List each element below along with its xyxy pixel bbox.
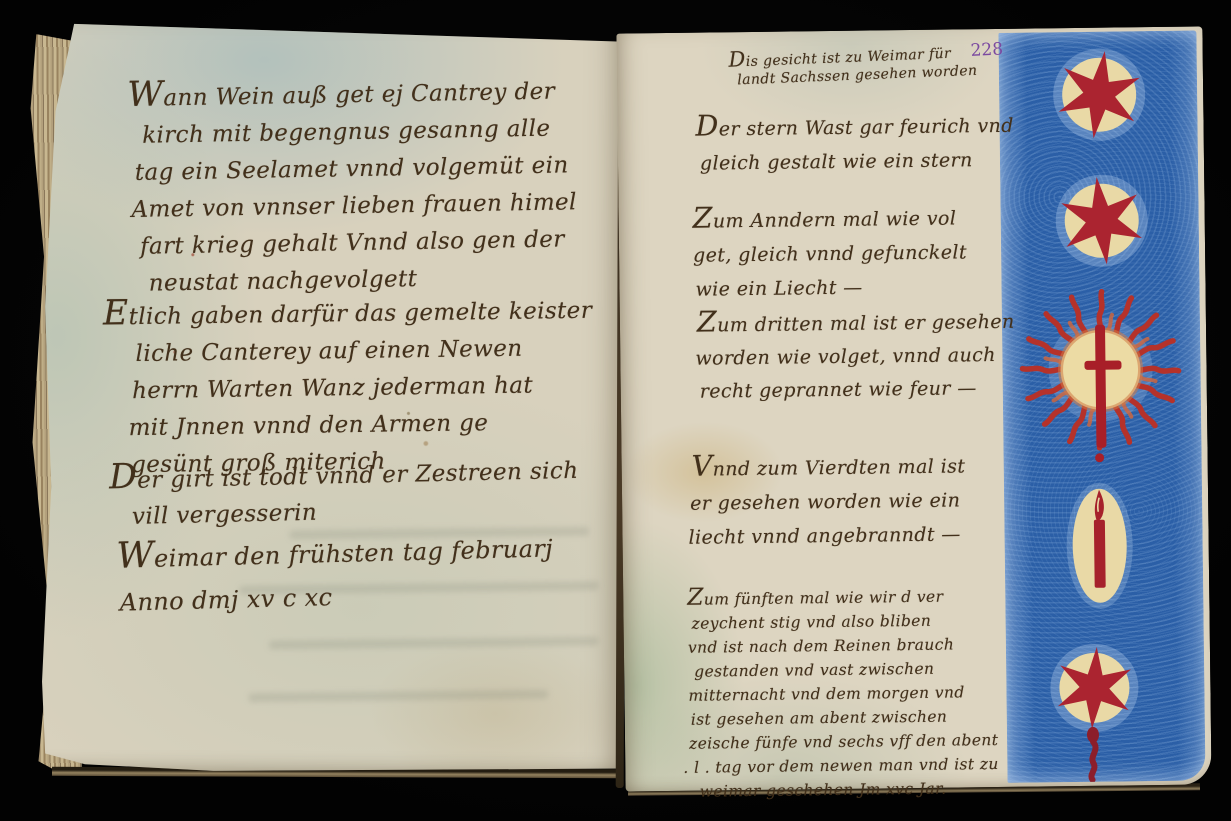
manuscript-line: wie ein Liecht — <box>695 269 967 306</box>
page-heading: Dis gesicht ist zu Weimar für landt Sach… <box>728 41 978 90</box>
show-through-text <box>269 637 599 650</box>
left-paragraph-4: Weimar den frühsten tag februarj Anno dm… <box>116 523 555 624</box>
right-paragraph-1: Der stern Wast gar feurich vnd gleich ge… <box>695 106 1014 181</box>
manuscript-line: Etlich gaben darfür das gemelte keister <box>103 289 593 337</box>
star-icon <box>1050 643 1139 732</box>
manuscript-line: herrn Warten Wanz jederman hat <box>132 367 594 410</box>
manuscript-line: liche Canterey auf einen Newen <box>135 330 593 373</box>
manuscript-line: Zum Anndern mal wie vol <box>692 198 966 238</box>
manuscript-line: weimar geschehen Jm xvc Jar. <box>700 776 1000 804</box>
manuscript-line: Vnnd zum Vierdten mal ist <box>691 446 965 486</box>
star-icon <box>1055 172 1148 269</box>
manuscript-line: vnd ist nach dem Reinen brauch <box>688 632 998 660</box>
candle-icon <box>1066 482 1134 609</box>
left-paragraph-3: Der girt ist todt vnnd er Zestreen sich … <box>109 449 580 536</box>
right-paragraph-5: Zum fünften mal wie wir d ver zeychent s… <box>687 582 999 804</box>
folio-number: 228 <box>970 39 1003 61</box>
show-through-text <box>248 690 548 703</box>
manuscript-line: mit Jnnen vnnd den Armen ge <box>128 404 594 447</box>
left-paragraph-1: Wann Wein auß get ej Cantrey der kirch m… <box>127 69 578 303</box>
manuscript-line: Zum fünften mal wie wir d ver <box>687 582 997 612</box>
star-icon <box>1053 45 1146 144</box>
manuscript-line: recht geprannet wie feur — <box>700 372 1016 409</box>
left-page: Wann Wein auß get ej Cantrey der kirch m… <box>38 21 627 774</box>
right-paragraph-4: Vnnd zum Vierdten mal ist er gesehen wor… <box>691 446 966 554</box>
right-paragraph-2: Zum Anndern mal wie vol get, gleich vnnd… <box>692 198 967 306</box>
manuscript-line: liecht vnnd angebranndt — <box>688 517 966 554</box>
manuscript-line: er gesehen worden wie ein <box>690 483 966 520</box>
manuscript-line: . l . tag vor dem newen man vnd ist zu <box>683 752 999 780</box>
manuscript-photo: Wann Wein auß get ej Cantrey der kirch m… <box>0 0 1231 821</box>
manuscript-line: fart krieg gehalt Vnnd also gen der <box>140 221 578 266</box>
manuscript-line: Der stern Wast gar feurich vnd <box>695 106 1014 147</box>
manuscript-line: Zum dritten mal ist er gesehen <box>697 302 1015 343</box>
manuscript-line: get, gleich vnnd gefunckelt <box>693 235 967 272</box>
manuscript-line: mitternacht vnd dem morgen vnd <box>688 680 998 708</box>
right-paragraph-3: Zum dritten mal ist er gesehen worden wi… <box>697 302 1016 409</box>
illumination-artwork <box>998 31 1205 783</box>
right-page: Dis gesicht ist zu Weimar für landt Sach… <box>616 26 1211 791</box>
flame-mark-icon <box>1087 727 1100 780</box>
manuscript-line: worden wie volget, vnnd auch <box>695 339 1015 376</box>
manuscript-line: gleich gestalt wie ein stern <box>700 143 1015 181</box>
illuminated-border <box>998 31 1205 783</box>
sun-cross-icon <box>1022 291 1180 463</box>
